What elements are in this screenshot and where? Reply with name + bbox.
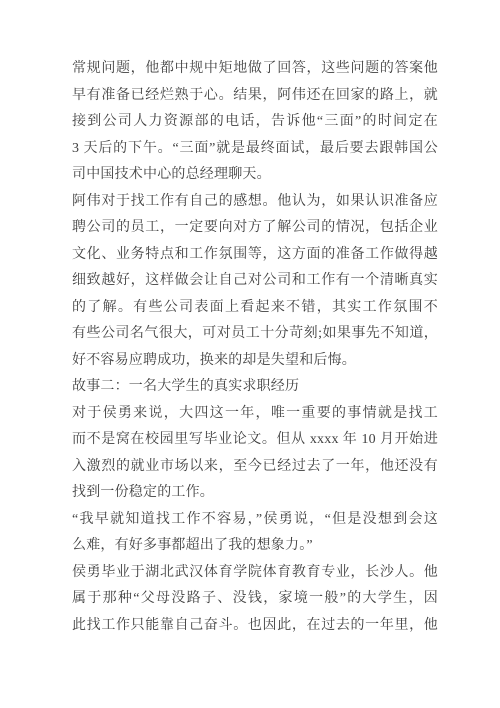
- text-line: 好不容易应聘成功，换来的却是失望和后悔。: [72, 348, 438, 375]
- text-line: 细致越好，这样做会让自己对公司和工作有一个清晰真实: [72, 268, 438, 295]
- text-line: 属于那种“父母没路子、没钱，家境一般”的大学生，因: [72, 586, 438, 613]
- text-line: 接到公司人力资源部的电话，告诉他“三面”的时间定在: [72, 109, 438, 136]
- section-heading-line: 故事二：一名大学生的真实求职经历: [72, 374, 438, 401]
- document-text-block: 常规问题，他都中规中矩地做了回答，这些问题的答案他 早有准备已经烂熟于心。结果，…: [72, 56, 438, 639]
- text-line: 而不是窝在校园里写毕业论文。但从 xxxx 年 10 月开始进: [72, 427, 438, 454]
- text-line: 对于侯勇来说，大四这一年，唯一重要的事情就是找工作，: [72, 401, 438, 428]
- text-line: 文化、业务特点和工作氛围等，这方面的准备工作做得越: [72, 242, 438, 269]
- text-line: 3 天后的下午。“三面”就是最终面试，最后要去跟韩国公: [72, 136, 438, 163]
- text-line: 早有准备已经烂熟于心。结果，阿伟还在回家的路上，就: [72, 83, 438, 110]
- document-page: 常规问题，他都中规中矩地做了回答，这些问题的答案他 早有准备已经烂熟于心。结果，…: [0, 0, 500, 708]
- text-line: 侯勇毕业于湖北武汉体育学院体育教育专业，长沙人。他: [72, 560, 438, 587]
- text-line: 聘公司的员工，一定要向对方了解公司的情况，包括企业: [72, 215, 438, 242]
- text-line: “我早就知道找工作不容易，”侯勇说，“但是没想到会这: [72, 507, 438, 534]
- text-line: 此找工作只能靠自己奋斗。也因此，在过去的一年里，他: [72, 613, 438, 640]
- text-line: 找到一份稳定的工作。: [72, 480, 438, 507]
- text-line: 么难，有好多事都超出了我的想象力。”: [72, 533, 438, 560]
- text-line: 的了解。有些公司表面上看起来不错，其实工作氛围不好；: [72, 295, 438, 322]
- text-line: 入激烈的就业市场以来，至今已经过去了一年，他还没有: [72, 454, 438, 481]
- text-line: 司中国技术中心的总经理聊天。: [72, 162, 438, 189]
- text-line: 阿伟对于找工作有自己的感想。他认为，如果认识准备应: [72, 189, 438, 216]
- text-line: 有些公司名气很大，可对员工十分苛刻;如果事先不知道，: [72, 321, 438, 348]
- text-line: 常规问题，他都中规中矩地做了回答，这些问题的答案他: [72, 56, 438, 83]
